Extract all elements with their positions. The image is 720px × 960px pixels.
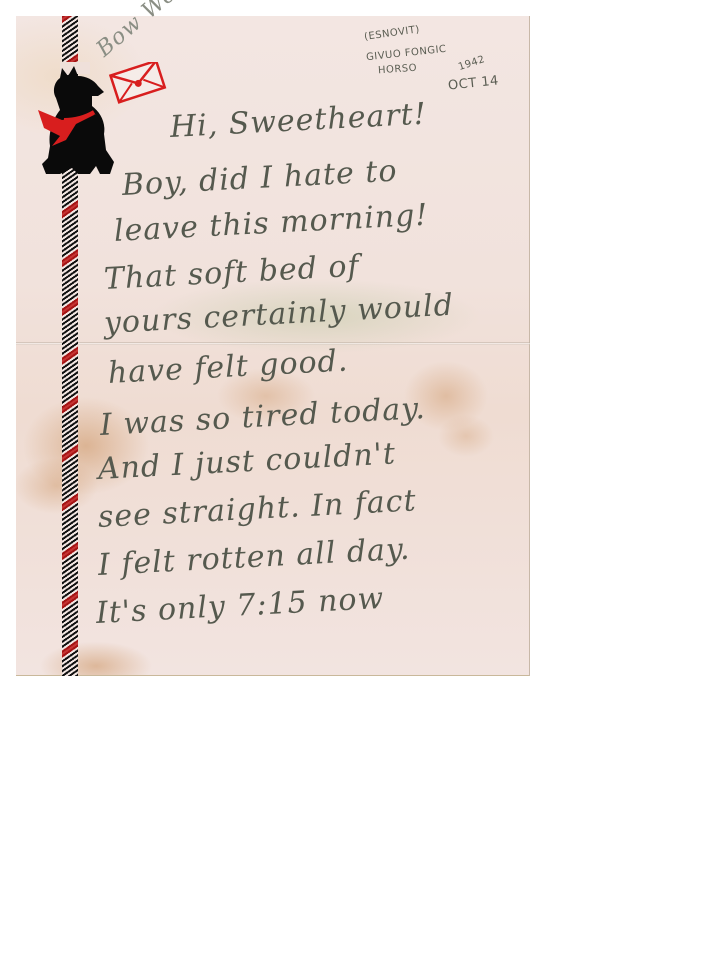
paper-fold-crease: [16, 342, 530, 345]
